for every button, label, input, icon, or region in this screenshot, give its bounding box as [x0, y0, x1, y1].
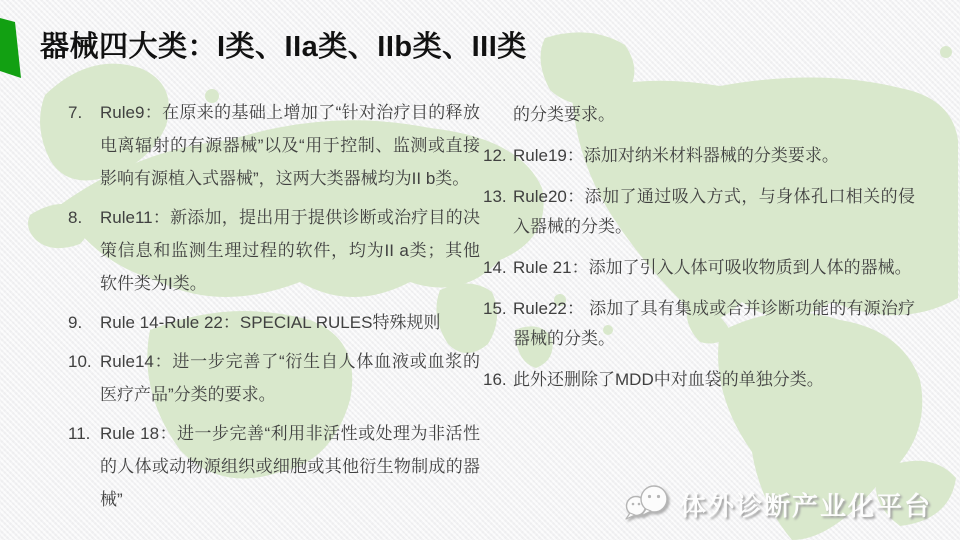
item-text: Rule14：进一步完善了“衍生自人体血液或血浆的医疗产品”分类的要求。 — [100, 345, 480, 411]
item-text: Rule 14-Rule 22：SPECIAL RULES特殊规则 — [100, 306, 480, 339]
item-text: Rule22： 添加了具有集成或合并诊断功能的有源治疗器械的分类。 — [513, 294, 915, 354]
slide: 器械四大类：I类、IIa类、IIb类、III类 7. Rule9：在原来的基础上… — [0, 0, 960, 540]
item-text: Rule 18：进一步完善“利用非活性或处理为非活性的人体或动物源组织或细胞或其… — [100, 417, 480, 516]
item-text: Rule20：添加了通过吸入方式，与身体孔口相关的侵入器械的分类。 — [513, 182, 915, 242]
item-text: Rule11：新添加，提出用于提供诊断或治疗目的决策信息和监测生理过程的软件，均… — [100, 201, 480, 300]
item-number: 13. — [483, 182, 513, 212]
item-number: 7. — [68, 96, 100, 129]
watermark: 体外诊断产业化平台 — [624, 484, 932, 524]
list-item-11-continuation: 的分类要求。 — [483, 100, 915, 130]
item-number: 11. — [68, 417, 100, 450]
item-number: 10. — [68, 345, 100, 378]
item-number: 12. — [483, 141, 513, 171]
item-number: 8. — [68, 201, 100, 234]
list-item-10: 10. Rule14：进一步完善了“衍生自人体血液或血浆的医疗产品”分类的要求。 — [68, 345, 480, 411]
list-item-7: 7. Rule9：在原来的基础上增加了“针对治疗目的释放电离辐射的有源器械”以及… — [68, 96, 480, 195]
list-item-11: 11. Rule 18：进一步完善“利用非活性或处理为非活性的人体或动物源组织或… — [68, 417, 480, 516]
item-number: 16. — [483, 365, 513, 395]
item-text: 的分类要求。 — [513, 100, 915, 130]
rules-list-right: 的分类要求。 12. Rule19：添加对纳米材料器械的分类要求。 13. Ru… — [483, 100, 915, 406]
list-item-8: 8. Rule11：新添加，提出用于提供诊断或治疗目的决策信息和监测生理过程的软… — [68, 201, 480, 300]
list-item-9: 9. Rule 14-Rule 22：SPECIAL RULES特殊规则 — [68, 306, 480, 339]
watermark-text: 体外诊断产业化平台 — [680, 486, 932, 523]
item-text: Rule19：添加对纳米材料器械的分类要求。 — [513, 141, 915, 171]
list-item-12: 12. Rule19：添加对纳米材料器械的分类要求。 — [483, 141, 915, 171]
list-item-15: 15. Rule22： 添加了具有集成或合并诊断功能的有源治疗器械的分类。 — [483, 294, 915, 354]
item-number: 9. — [68, 306, 100, 339]
rules-list-left: 7. Rule9：在原来的基础上增加了“针对治疗目的释放电离辐射的有源器械”以及… — [68, 96, 480, 522]
item-number: 15. — [483, 294, 513, 324]
list-item-13: 13. Rule20：添加了通过吸入方式，与身体孔口相关的侵入器械的分类。 — [483, 182, 915, 242]
list-item-14: 14. Rule 21：添加了引入人体可吸收物质到人体的器械。 — [483, 253, 915, 283]
item-text: Rule 21：添加了引入人体可吸收物质到人体的器械。 — [513, 253, 915, 283]
item-text: 此外还删除了MDD中对血袋的单独分类。 — [513, 365, 915, 395]
wechat-icon — [624, 484, 670, 524]
slide-title: 器械四大类：I类、IIa类、IIb类、III类 — [40, 24, 527, 65]
list-item-16: 16. 此外还删除了MDD中对血袋的单独分类。 — [483, 365, 915, 395]
item-number: 14. — [483, 253, 513, 283]
title-accent-shape — [0, 14, 26, 84]
item-text: Rule9：在原来的基础上增加了“针对治疗目的释放电离辐射的有源器械”以及“用于… — [100, 96, 480, 195]
